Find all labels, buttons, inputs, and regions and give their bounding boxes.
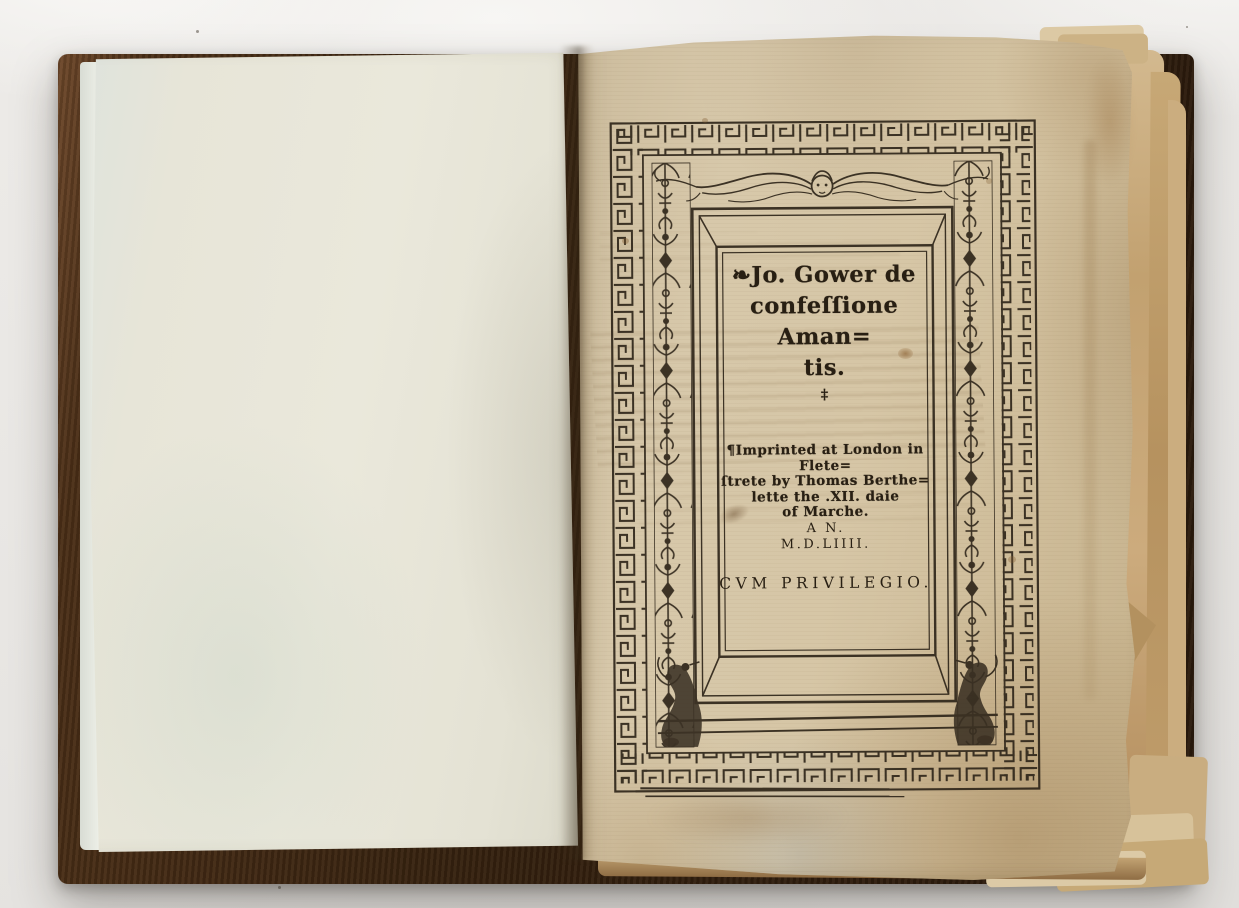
gutter-shadow (560, 46, 594, 860)
privilege-line: CVM PRIVILEGIO. (701, 573, 951, 593)
title-line-3: Aman= (699, 321, 949, 354)
dust-speck (196, 30, 199, 33)
imprint-line-4: of Marche. (701, 504, 951, 521)
candelabra-right-icon (954, 161, 996, 745)
imprint-block: ¶Imprinted at London in Flete= ſtrete by… (700, 442, 951, 553)
imprint-line-1: ¶Imprinted at London in Flete= (700, 442, 950, 475)
dust-speck (1186, 26, 1188, 28)
imprint-anno: A N. (701, 520, 951, 538)
title-line-1: ❧Jo. Gower de (699, 259, 949, 292)
title-line-4: tis. (699, 352, 949, 385)
photo-of-open-book: ❧Jo. Gower de confeſſione Aman= tis. ‡ ¶… (0, 0, 1239, 908)
title-line-2: confeſſione (699, 290, 949, 323)
imprint-line-2: ſtrete by Thomas Berthe= (700, 473, 950, 490)
title-text-block: ❧Jo. Gower de confeſſione Aman= tis. ‡ ¶… (699, 259, 951, 592)
dust-speck (278, 886, 281, 889)
fox-spot (1008, 556, 1016, 563)
crease-stain (1084, 140, 1096, 700)
cherub-icon (655, 167, 990, 203)
imprint-date: M.D.LIIII. (701, 536, 951, 554)
corner-stain (1086, 56, 1134, 186)
page-edges-stack (1168, 100, 1186, 812)
fox-spot (986, 178, 992, 184)
fox-spot (702, 118, 708, 123)
printers-mark: ‡ (700, 386, 950, 404)
water-stain (648, 790, 848, 846)
blank-flyleaf-page (90, 52, 578, 852)
fox-spot (622, 238, 629, 244)
